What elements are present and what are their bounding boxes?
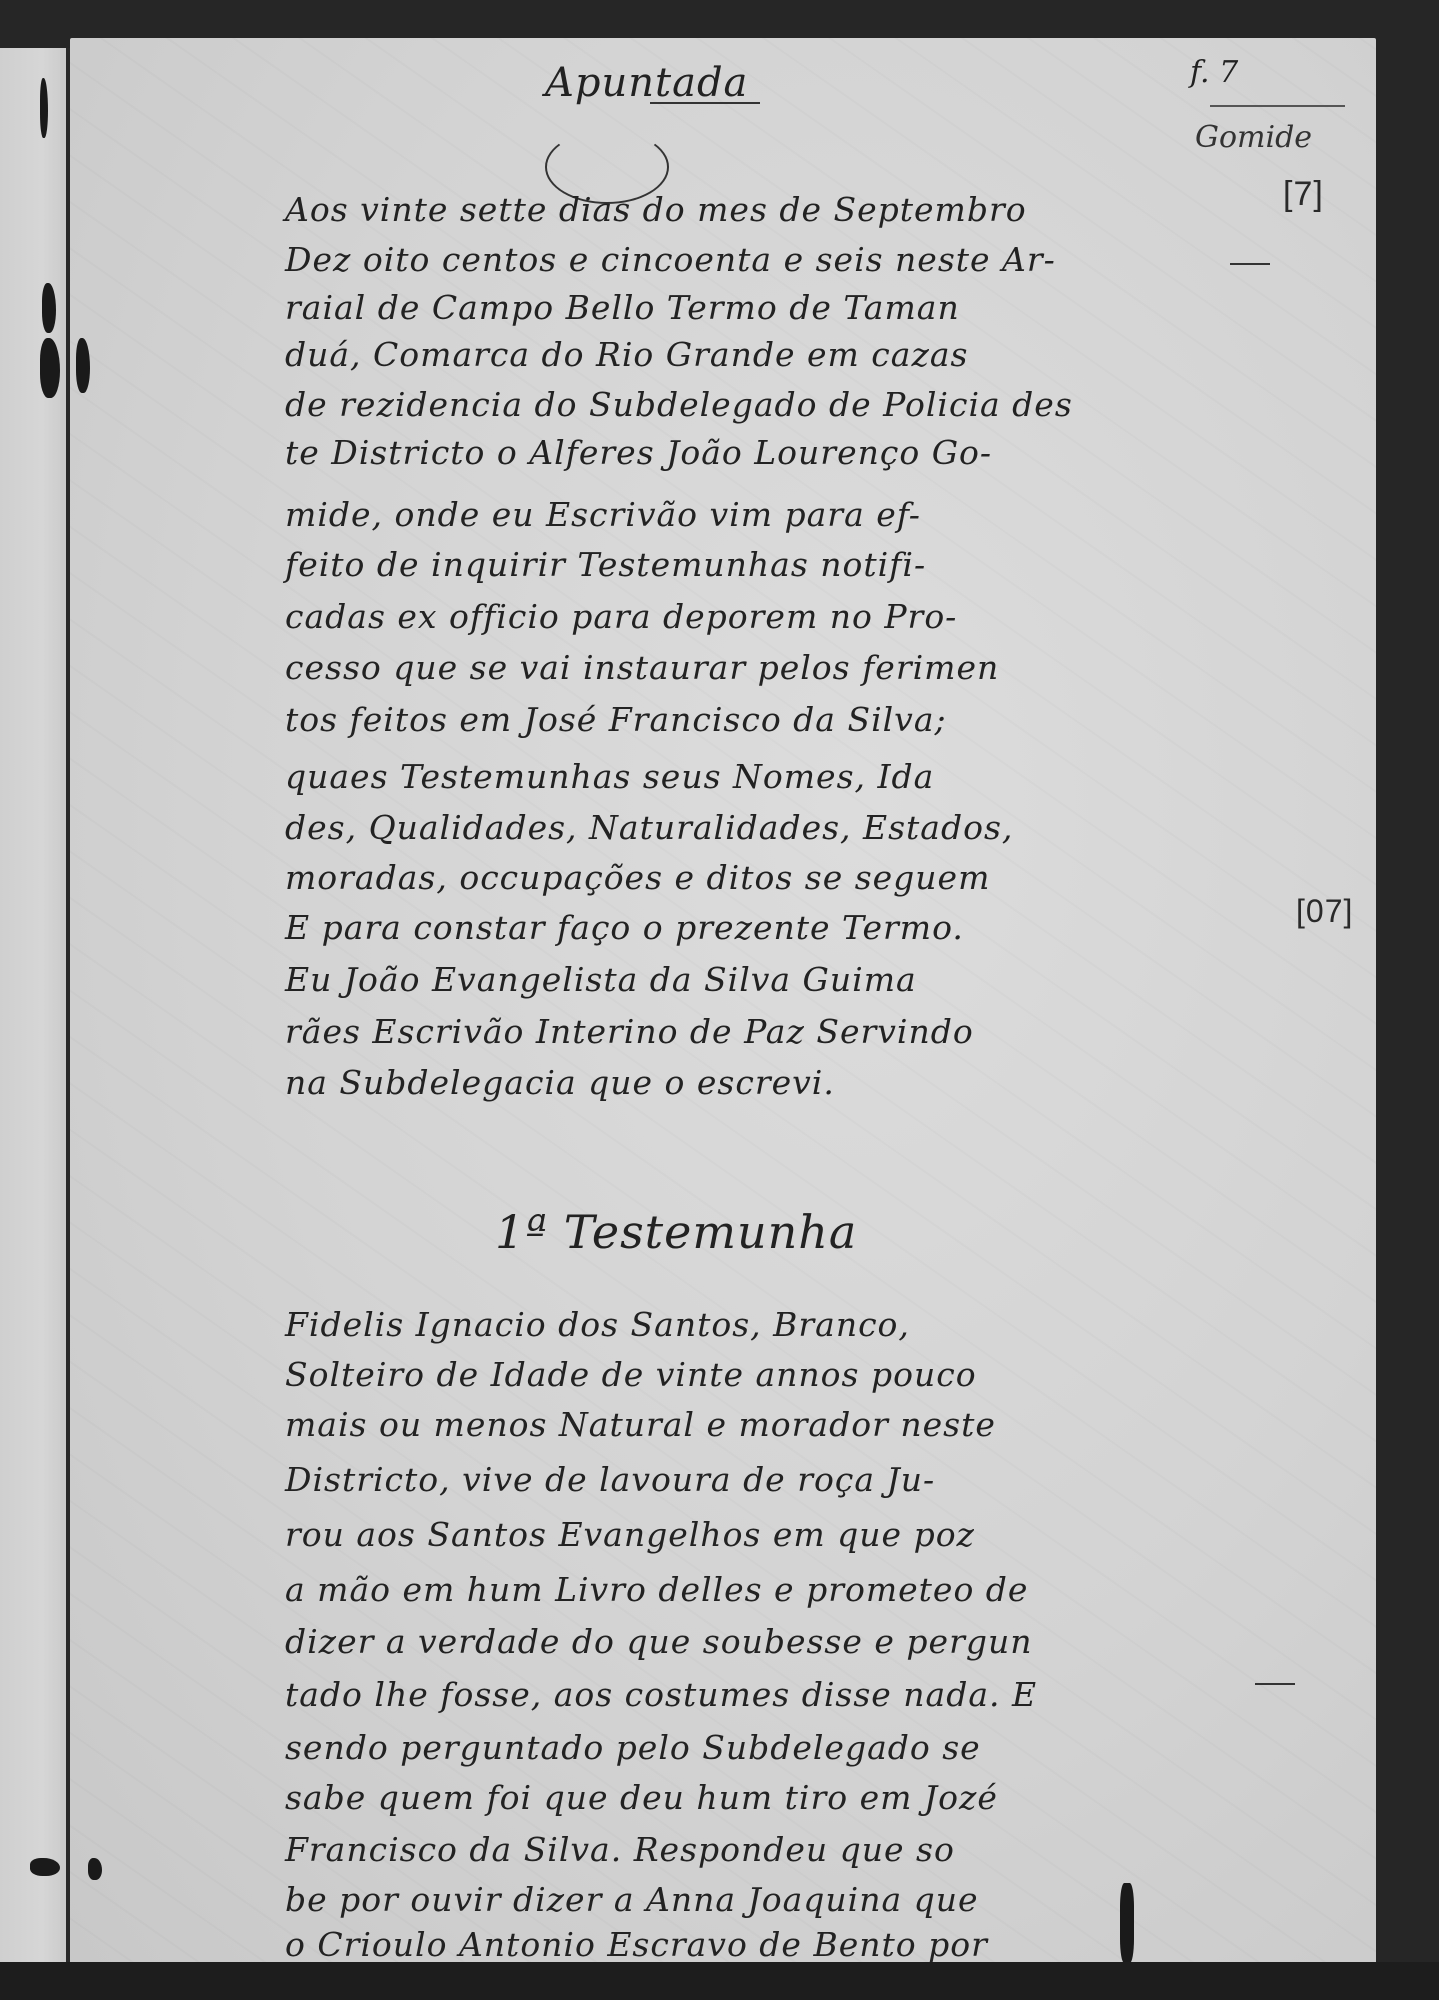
text-line: Dez oito centos e cincoenta e seis neste… — [285, 240, 1056, 279]
text-line: E para constar faço o prezente Termo. — [285, 908, 964, 947]
text-line: o Crioulo Antonio Escravo de Bento por — [285, 1925, 988, 1964]
text-line: sabe quem foi que deu hum tiro em Jozé — [285, 1778, 998, 1817]
text-line: na Subdelegacia que o escrevi. — [285, 1063, 835, 1102]
text-line: Aos vinte sette dias do mes de Septembro — [285, 190, 1027, 229]
section-heading: 1ª Testemunha — [495, 1205, 857, 1259]
ink-blot — [76, 338, 90, 393]
text-line: sendo perguntado pelo Subdelegado se — [285, 1728, 981, 1767]
document-title: Apuntada — [545, 60, 748, 106]
text-line: tos feitos em José Francisco da Silva; — [285, 700, 947, 739]
page-mark-middle: [07] — [1296, 893, 1353, 930]
text-line: be por ouvir dizer a Anna Joaquina que — [285, 1880, 979, 1919]
text-line: rães Escrivão Interino de Paz Servindo — [285, 1012, 974, 1051]
margin-signature: Gomide — [1195, 120, 1312, 155]
text-line: dizer a verdade do que soubesse e pergun — [285, 1622, 1032, 1661]
text-line: Fidelis Ignacio dos Santos, Branco, — [285, 1305, 910, 1344]
folio-number: f. 7 — [1190, 55, 1238, 90]
text-line: Francisco da Silva. Respondeu que so — [285, 1830, 955, 1869]
title-underline — [650, 102, 760, 104]
text-line: raial de Campo Bello Termo de Taman — [285, 288, 960, 327]
line-end-dash — [1230, 263, 1270, 265]
page-mark-top: [7] — [1283, 175, 1324, 214]
ink-blot — [42, 283, 56, 333]
text-line: mais ou menos Natural e morador neste — [285, 1405, 996, 1444]
text-line: a mão em hum Livro delles e prometeo de — [285, 1570, 1028, 1609]
text-line: rou aos Santos Evangelhos em que poz — [285, 1515, 975, 1554]
text-line: quaes Testemunhas seus Nomes, Ida — [285, 757, 934, 796]
text-line: mide, onde eu Escrivão vim para ef- — [285, 495, 921, 534]
text-line: Solteiro de Idade de vinte annos pouco — [285, 1355, 977, 1394]
text-line: cadas ex officio para deporem no Pro- — [285, 597, 957, 636]
text-line: feito de inquirir Testemunhas notifi- — [285, 545, 926, 584]
line-end-dash — [1255, 1683, 1295, 1685]
ink-blot — [88, 1858, 102, 1880]
binding-gutter — [66, 48, 70, 1968]
ink-blot — [30, 1858, 60, 1876]
adjacent-page-edge — [0, 48, 70, 1966]
folio-rule — [1210, 105, 1345, 107]
text-line: de rezidencia do Subdelegado de Policia … — [285, 385, 1073, 424]
text-line: tado lhe fosse, aos costumes disse nada.… — [285, 1675, 1037, 1714]
text-line: te Districto o Alferes João Lourenço Go- — [285, 433, 992, 472]
scan-bottom-edge — [0, 1962, 1439, 2000]
ink-blot — [1120, 1883, 1134, 1963]
text-line: Eu João Evangelista da Silva Guima — [285, 960, 917, 999]
text-line: duá, Comarca do Rio Grande em cazas — [285, 335, 968, 374]
text-line: cesso que se vai instaurar pelos ferimen — [285, 648, 999, 687]
text-line: moradas, occupações e ditos se seguem — [285, 858, 990, 897]
text-line: des, Qualidades, Naturalidades, Estados, — [285, 808, 1013, 847]
text-line: Districto, vive de lavoura de roça Ju- — [285, 1460, 935, 1499]
